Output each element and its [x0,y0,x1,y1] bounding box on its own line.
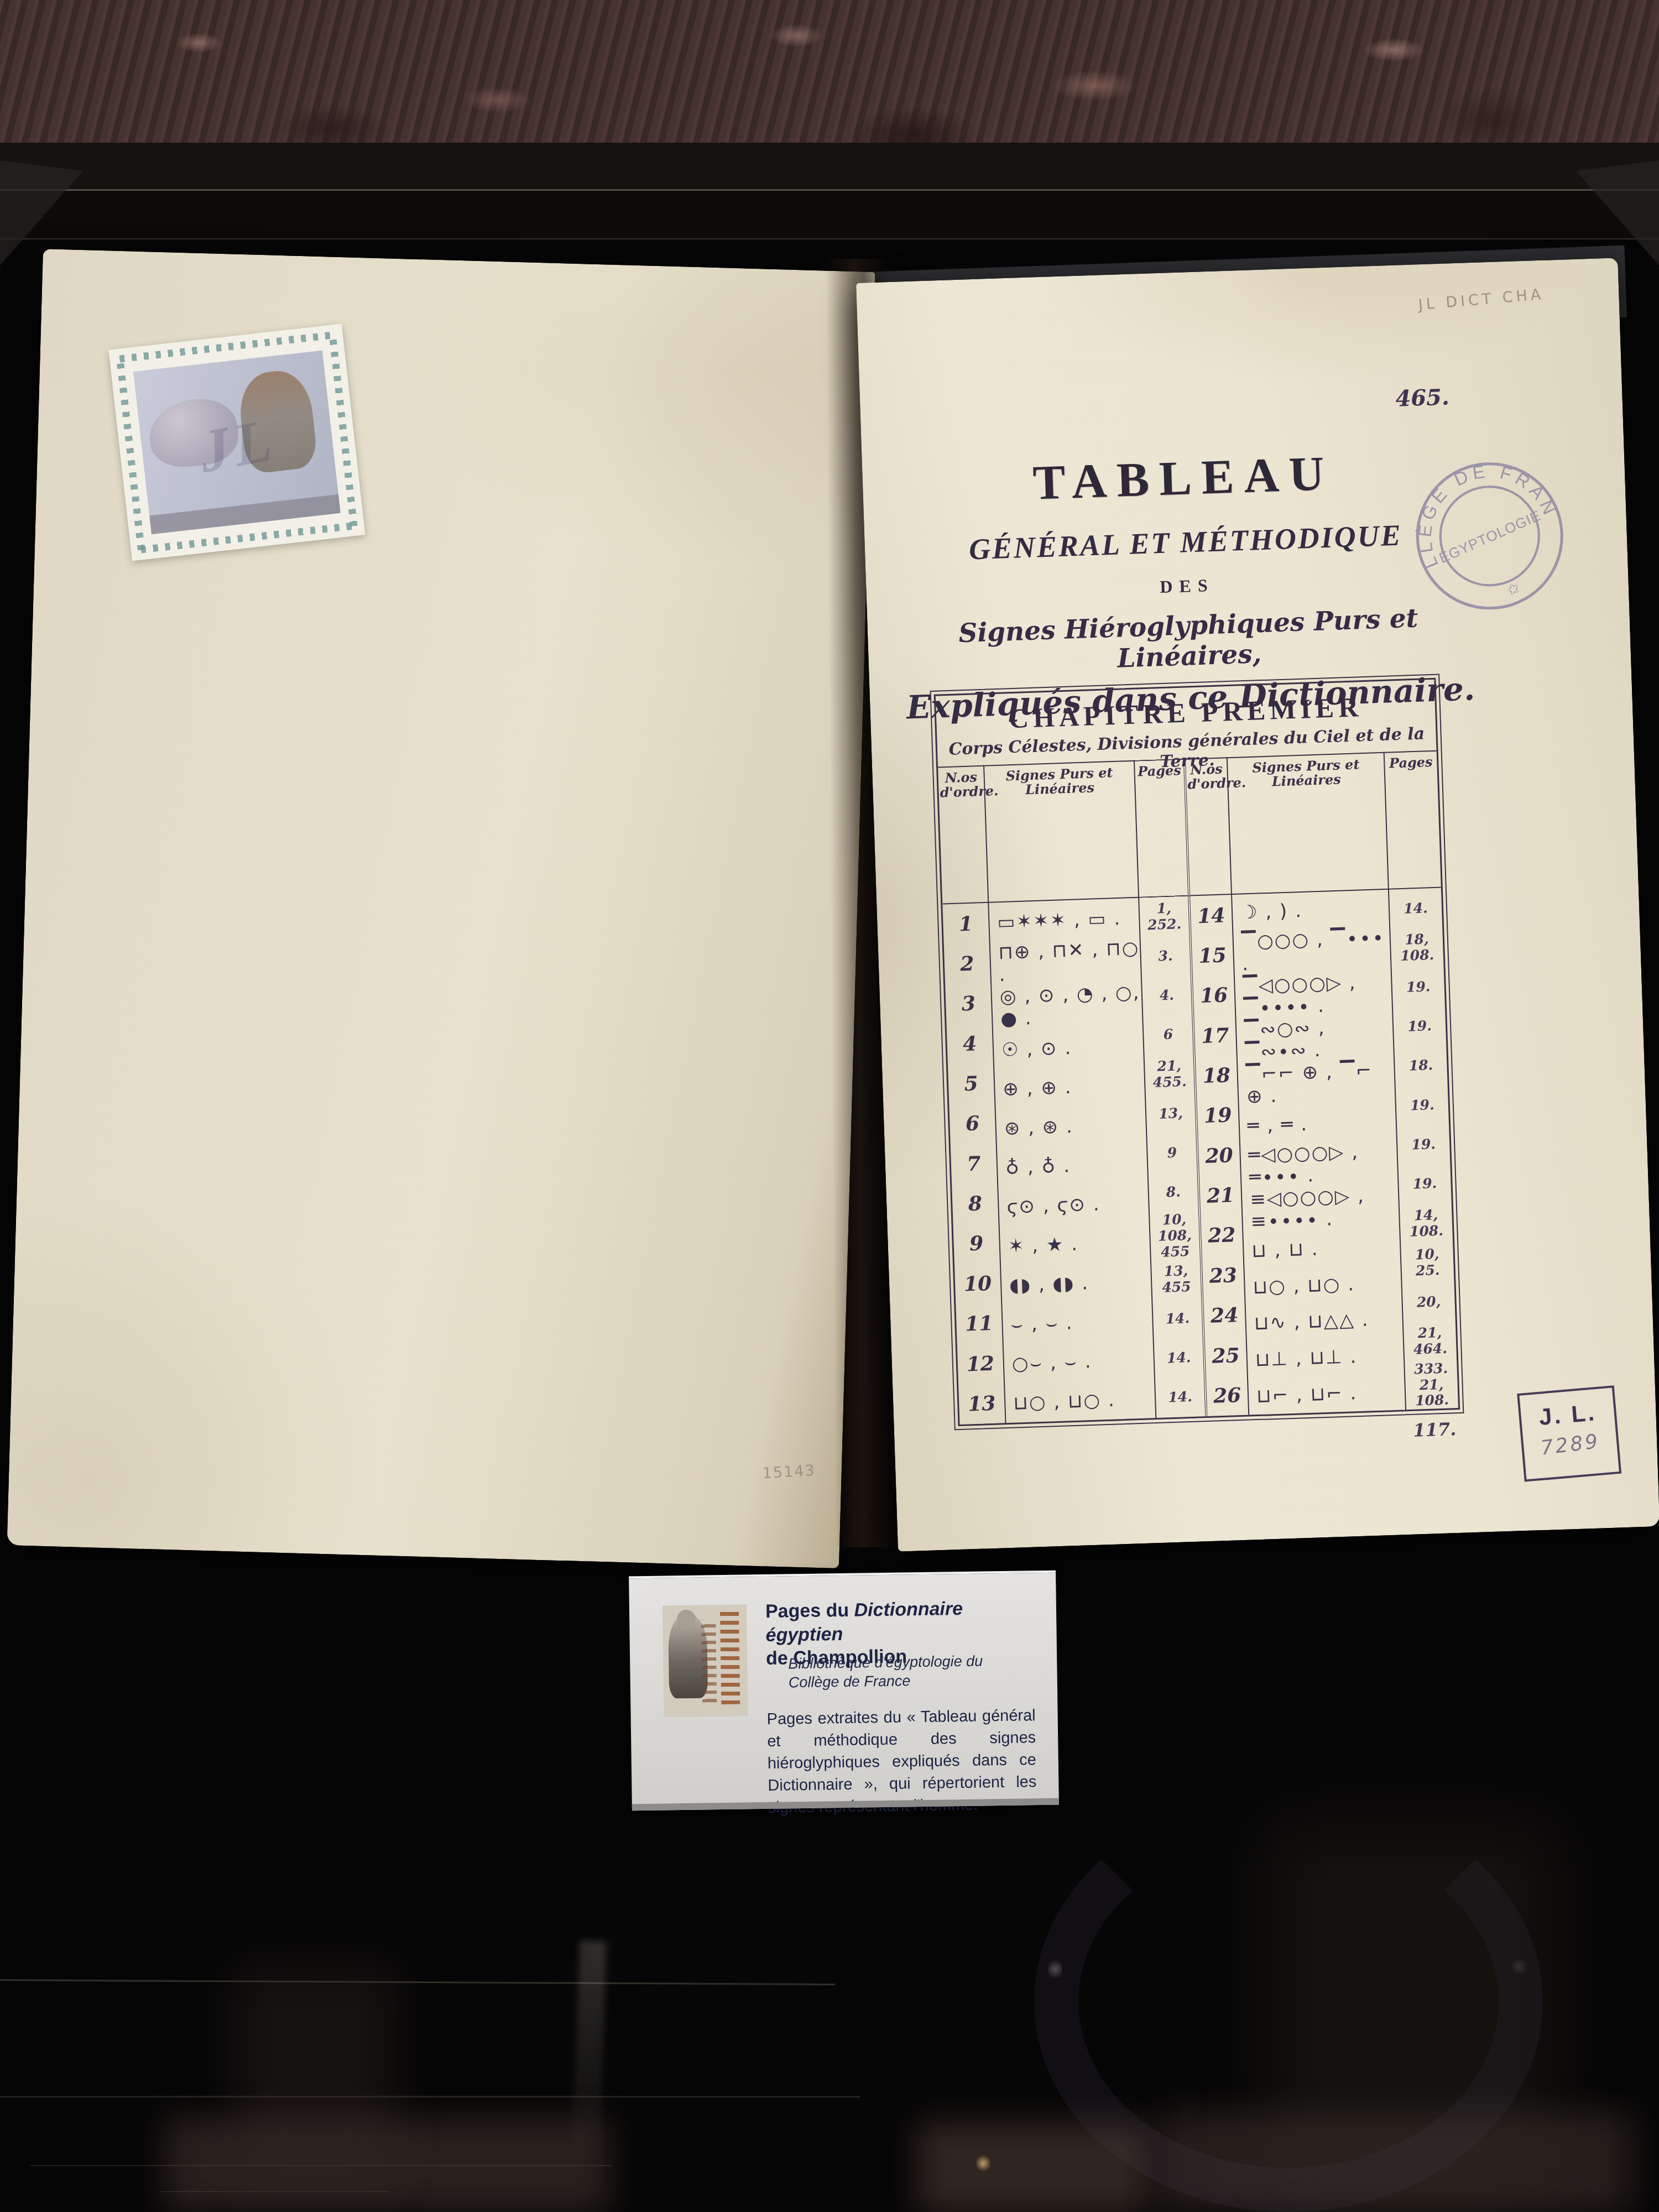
bookplate: JL [108,324,365,561]
case-frame-inner [0,191,1659,239]
col-header-no: N.os d'ordre. [1186,757,1232,896]
shelfmark-label: J. L. 7289 [1517,1385,1621,1481]
row-number: 25 [1204,1335,1246,1376]
row-pages: 14, 108. [1400,1203,1453,1244]
row-number: 1 [942,903,989,945]
rock-wall [0,0,1659,143]
row-glyphs: ▔∾○∾ , ▔∾∙∾ . [1237,1015,1394,1064]
row-pages: 3. [1141,936,1191,977]
row-number: 4 [947,1023,993,1065]
row-pages: 10, 25. [1401,1242,1454,1283]
row-number: 16 [1193,975,1235,1016]
row-pages: 18. [1394,1046,1447,1087]
row-pages: 13, 455 [1151,1259,1201,1300]
row-pages: 4. [1142,975,1192,1016]
row-pages: 10, 108, 455 [1150,1211,1200,1260]
row-number: 5 [948,1063,994,1104]
row-pages: 14. [1389,888,1442,929]
glass-reflection-line [0,1979,835,1985]
photographer-reflection [918,2124,1150,2212]
title-des: DES [888,566,1486,607]
shelfmark-initials: J. L. [1520,1397,1615,1432]
museum-label-card: Pages du Dictionnaire égyptien de Champo… [629,1571,1059,1811]
row-glyphs: ⌣ , ⌣ . [1002,1300,1152,1344]
col-header-pages: Pages [1385,750,1441,890]
row-number: 19 [1197,1095,1239,1136]
row-pages: 9 [1147,1133,1197,1173]
row-number: 8 [952,1183,998,1224]
row-glyphs: ⊕ , ⊕ . [994,1065,1145,1109]
pencil-inventory-number: 15143 [762,1462,816,1483]
row-pages: 19. [1392,967,1445,1008]
book-right-page: JL DICT CHA 465. TABLEAU GÉNÉRAL ET MÉTH… [856,258,1659,1551]
row-glyphs: ○⌣ , ⌣ . [1004,1339,1154,1384]
row-pages: 19. [1397,1124,1450,1165]
row-glyphs: ✶ , ★ . [1000,1222,1150,1266]
row-glyphs: ◎ , ⊙ , ◔ , ○, ● . [992,982,1142,1031]
card-subtitle: Bibliothèque d'égyptologie du Collège de… [788,1651,1032,1692]
row-glyphs: ▭✶✶✶ , ▭ . [989,898,1139,942]
title-script-line1: Signes Hiéroglyphiques Purs et Linéaires… [889,601,1488,682]
row-number: 15 [1191,935,1233,977]
row-pages: 21, 464. [1404,1321,1457,1362]
hieroglyph-strip-image [720,1610,740,1704]
row-glyphs: ⊓⊕ , ⊓✕ , ⊓○ . [990,937,1141,987]
stamp-center-text: ÉGYPTOLOGIE [1437,508,1543,567]
bookplate-picture: JL [133,351,341,535]
photographer-reflection [238,1969,393,2179]
row-number: 13 [958,1383,1005,1425]
row-glyphs: ═ , ═ . [1239,1103,1396,1145]
row-glyphs: ⊔○ , ⊔○ . [1245,1264,1402,1306]
title-sub: GÉNÉRAL ET MÉTHODIQUE [886,515,1484,570]
scribe-statue-thumbnail [662,1604,748,1717]
row-number: 10 [954,1263,1001,1305]
row-pages: 20, [1402,1282,1455,1323]
row-glyphs: ♁ , ♁ . [997,1144,1147,1188]
row-number: 3 [945,983,992,1025]
hieroglyph-strip-image [701,1619,717,1702]
row-number: 9 [953,1223,1000,1265]
row-glyphs: ▔⌐⌐ ⊕ , ▔⌐ ⊕ . [1238,1059,1395,1108]
card-description: Pages extraites du « Tableau général et … [766,1704,1037,1819]
row-glyphs: ⊔○ , ⊔○ . [1005,1379,1155,1423]
row-number: 24 [1203,1295,1245,1337]
column-signs-left: ▭✶✶✶ , ▭ . ⊓⊕ , ⊓✕ , ⊓○ . ◎ , ⊙ , ◔ , ○,… [989,898,1156,1423]
row-glyphs: ▔○○○ , ▔∙∙∙ . [1233,926,1390,975]
row-number: 2 [944,943,990,984]
row-number: 21 [1199,1175,1241,1217]
row-number: 14 [1190,895,1232,937]
row-pages: 6 [1143,1015,1193,1056]
row-number: 26 [1206,1375,1248,1416]
row-number: 17 [1194,1015,1236,1056]
col-header-signs: Signes Purs et Linéaires [1228,752,1389,895]
card-title-prefix: Pages du [765,1600,854,1622]
row-glyphs: ▔◁○○○▷ , ▔∙∙∙∙ . [1235,971,1392,1020]
row-pages: 21, 455. [1145,1054,1194,1095]
row-pages: 19. [1396,1085,1449,1126]
row-glyphs: ⊔ , ⊔ . [1243,1228,1400,1269]
row-glyphs: ═◁○○○▷ , ═∙∙∙ . [1240,1139,1397,1188]
bookplate-monogram: JL [194,404,281,487]
pencil-shelfmark-note: JL DICT CHA [1418,286,1545,314]
column-signs-right: ☽ , ) . ▔○○○ , ▔∙∙∙ . ▔◁○○○▷ , ▔∙∙∙∙ . ▔… [1232,890,1406,1415]
row-pages: 8. [1149,1172,1198,1213]
hieroglyph-table: CHAPITRE PREMIER Corps Célestes, Divisio… [934,678,1460,1426]
row-pages: 18, 108. [1390,927,1443,968]
table-footnote-number: 117. [1413,1418,1457,1441]
row-number: 12 [957,1343,1004,1385]
row-glyphs: ⊔⊥ , ⊔⊥ . [1247,1337,1404,1379]
row-number: 6 [949,1103,995,1145]
row-pages: 14. [1154,1338,1204,1379]
page-number: 465. [1395,384,1450,412]
row-number: 23 [1202,1255,1244,1296]
row-number: 20 [1198,1135,1240,1176]
col-header-no: N.os d'ordre. [938,765,989,905]
row-glyphs: ⊛ , ⊛ . [996,1104,1146,1149]
row-glyphs: ⊔∿ , ⊔△△ . [1246,1301,1403,1342]
glass-reflection-line [0,2096,860,2098]
photographer-reflection [1266,1825,1554,2212]
book-left-page: JL 15143 [7,249,875,1568]
row-glyphs: ≡◁○○○▷ , ≡∙∙∙∙ . [1242,1183,1399,1233]
row-glyphs: ☽ , ) . [1232,890,1389,931]
case-frame-top [0,143,1659,191]
col-header-signs: Signes Purs et Linéaires [984,760,1139,903]
row-glyphs: ϛ⊙ , ϛ⊙ . [998,1183,1149,1227]
row-pages: 13, [1146,1093,1196,1134]
row-number: 11 [956,1303,1002,1344]
shelfmark-number: 7289 [1523,1428,1618,1462]
row-pages: 1, 252. [1139,896,1189,937]
row-glyphs: ◖◗ , ◖◗ . [1001,1261,1151,1306]
row-number: 22 [1201,1215,1243,1256]
row-pages: 14. [1155,1377,1205,1418]
row-number: 7 [951,1143,997,1185]
row-glyphs: ⊔⌐ , ⊔⌐ . [1248,1373,1405,1415]
row-pages: 333. 21, 108. [1405,1360,1458,1410]
row-pages: 19. [1398,1164,1451,1204]
museum-display-case-photo: JL 15143 JL DICT CHA 465. TABLEAU GÉNÉRA… [0,0,1659,2212]
row-number: 18 [1196,1055,1238,1097]
col-header-pages: Pages [1135,759,1190,898]
row-pages: 14. [1152,1298,1202,1339]
row-pages: 19. [1393,1006,1446,1047]
warm-light-reflection [976,2154,990,2173]
row-glyphs: ☉ , ⊙ . [993,1026,1144,1070]
table-grid: N.os d'ordre. Signes Purs et Linéaires P… [938,750,1458,1425]
